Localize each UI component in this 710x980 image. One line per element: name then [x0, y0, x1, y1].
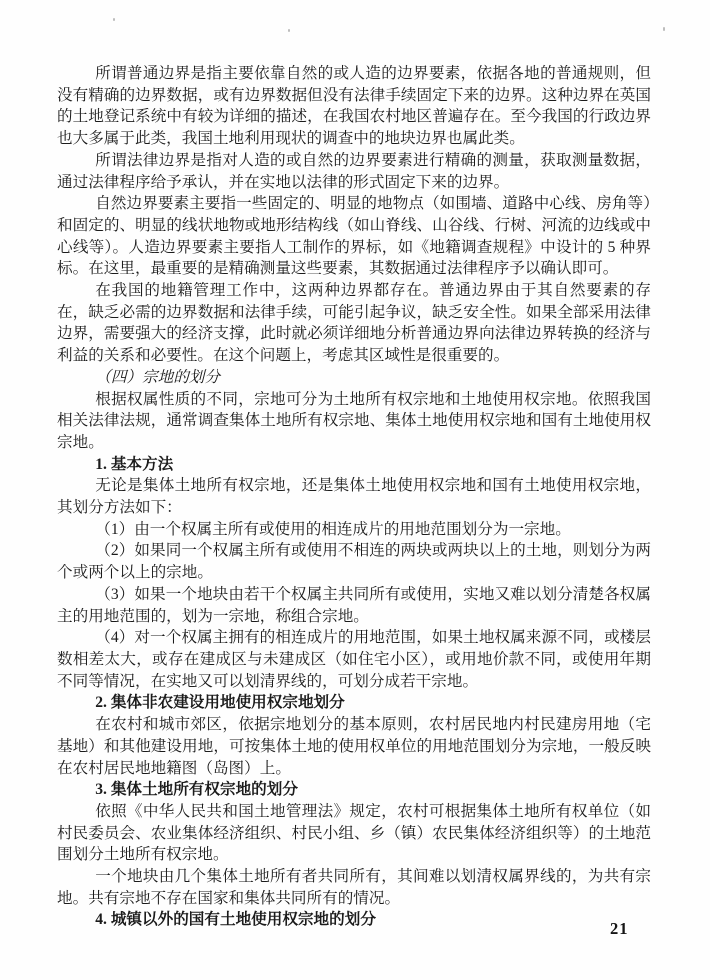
paragraph-natural-elements: 自然边界要素主要指一些固定的、明显的地物点（如围墙、道路中心线、房角等）和固定的… [57, 193, 651, 280]
paragraph-rule-3: （3）如果一个地块由若干个权属主共同所有或使用，实地又难以划分清楚各权属主的用地… [57, 584, 651, 627]
page-body: 所谓普通边界是指主要依靠自然的或人造的边界要素，依据各地的普通规则，但没有精确的… [57, 63, 651, 931]
paragraph-parcel-types: 根据权属性质的不同，宗地可分为土地所有权宗地和土地使用权宗地。依照我国相关法律法… [57, 389, 651, 454]
paragraph-rule-4: （4）对一个权属主拥有的相连成片的用地范围，如果土地权属来源不同，或楼层数相差太… [57, 627, 651, 692]
page-number: 21 [610, 919, 629, 939]
paragraph-general-boundary: 所谓普通边界是指主要依靠自然的或人造的边界要素，依据各地的普通规则，但没有精确的… [57, 63, 651, 150]
subheading-state-owned-outside-town: 4. 城镇以外的国有土地使用权宗地的划分 [57, 909, 651, 931]
paragraph-legal-boundary: 所谓法律边界是指对人造的或自然的边界要素进行精确的测量，获取测量数据，通过法律程… [57, 150, 651, 193]
paragraph-rule-2: （2）如果同一个权属主所有或使用不相连的两块或两块以上的土地，则划分为两个或两个… [57, 540, 651, 583]
paragraph-collective-nonag: 在农村和城市郊区，依据宗地划分的基本原则，农村居民地内村民建房用地（宅基地）和其… [57, 714, 651, 779]
paragraph-shared-parcel: 一个地块由几个集体土地所有者共同所有，其间难以划清权属界线的，为共有宗地。共有宗… [57, 866, 651, 909]
subheading-collective-nonag: 2. 集体非农建设用地使用权宗地划分 [57, 692, 651, 714]
paragraph-collective-ownership: 依照《中华人民共和国土地管理法》规定，农村可根据集体土地所有权单位（如村民委员会… [57, 801, 651, 866]
scan-speck [288, 29, 290, 32]
subheading-collective-ownership: 3. 集体土地所有权宗地的划分 [57, 779, 651, 801]
paragraph-method-intro: 无论是集体土地所有权宗地，还是集体土地使用权宗地和国有土地使用权宗地，其划分方法… [57, 475, 651, 518]
section-heading-four: （四）宗地的划分 [57, 367, 651, 389]
paragraph-cadastre-management: 在我国的地籍管理工作中，这两种边界都存在。普通边界由于其自然要素的存在，缺乏必需… [57, 280, 651, 367]
scanned-page: 所谓普通边界是指主要依靠自然的或人造的边界要素，依据各地的普通规则，但没有精确的… [0, 0, 710, 980]
paragraph-rule-1: （1）由一个权属主所有或使用的相连成片的用地范围划分为一宗地。 [57, 519, 651, 541]
scan-speck [113, 18, 115, 21]
subheading-basic-method: 1. 基本方法 [57, 454, 651, 476]
scan-speck [663, 27, 665, 31]
